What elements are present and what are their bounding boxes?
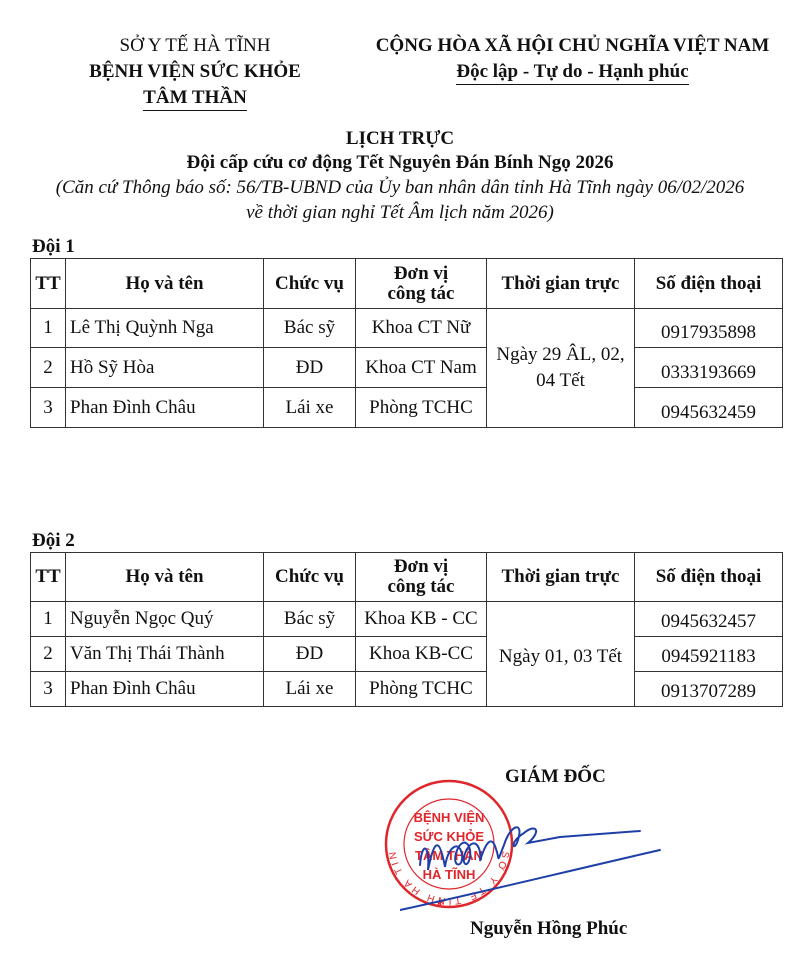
motto: Độc lập - Tự do - Hạnh phúc [456, 61, 688, 85]
cell-position: ĐD [264, 348, 356, 388]
signer-name: Nguyễn Hồng Phúc [470, 918, 627, 940]
header-name: Họ và tên [66, 553, 264, 602]
table-row: 1 Nguyễn Ngọc Quý Bác sỹ Khoa KB - CC Ng… [31, 602, 783, 637]
doc-subtitle: Đội cấp cứu cơ động Tết Nguyên Đán Bính … [0, 152, 800, 174]
cell-duty-time: Ngày 01, 03 Tết [487, 602, 635, 707]
agency-line-1: SỞ Y TẾ HÀ TĨNH [40, 35, 350, 57]
cell-position: Lái xe [264, 388, 356, 428]
cell-phone: 0917935898 [635, 309, 783, 348]
cell-phone: 0945921183 [635, 637, 783, 672]
cell-position: Bác sỹ [264, 309, 356, 348]
header-phone: Số điện thoại [635, 259, 783, 309]
basis-line-2: về thời gian nghỉ Tết Âm lịch năm 2026) [0, 202, 800, 224]
table-row: 2 Hồ Sỹ Hòa ĐD Khoa CT Nam 0333193669 [31, 348, 783, 388]
agency-line-3: TÂM THẦN [143, 87, 247, 111]
cell-position: Lái xe [264, 672, 356, 707]
team-1-table: TT Họ và tên Chức vụ Đơn vịcông tác Thời… [30, 258, 783, 428]
cell-tt: 2 [31, 348, 66, 388]
header-unit-line2: công tác [387, 283, 454, 304]
header-position: Chức vụ [264, 553, 356, 602]
cell-name: Phan Đình Châu [66, 672, 264, 707]
cell-name: Lê Thị Quỳnh Nga [66, 309, 264, 348]
table-row: 1 Lê Thị Quỳnh Nga Bác sỹ Khoa CT Nữ Ngà… [31, 309, 783, 348]
signer-role: GIÁM ĐỐC [505, 766, 606, 788]
table-header-row: TT Họ và tên Chức vụ Đơn vịcông tác Thời… [31, 259, 783, 309]
header-phone: Số điện thoại [635, 553, 783, 602]
cell-position: ĐD [264, 637, 356, 672]
basis-line-1: (Căn cứ Thông báo số: 56/TB-UBND của Ủy … [0, 177, 800, 199]
header-unit: Đơn vịcông tác [356, 553, 487, 602]
team-2-table: TT Họ và tên Chức vụ Đơn vịcông tác Thời… [30, 552, 783, 707]
header-position: Chức vụ [264, 259, 356, 309]
cell-phone: 0913707289 [635, 672, 783, 707]
cell-tt: 3 [31, 672, 66, 707]
table-row: 3 Phan Đình Châu Lái xe Phòng TCHC 09456… [31, 388, 783, 428]
cell-unit: Phòng TCHC [356, 388, 487, 428]
cell-tt: 1 [31, 309, 66, 348]
table-header-row: TT Họ và tên Chức vụ Đơn vịcông tác Thời… [31, 553, 783, 602]
header-unit-line1: Đơn vị [394, 263, 448, 284]
team-2-label: Đội 2 [32, 530, 75, 552]
header-name: Họ và tên [66, 259, 264, 309]
cell-tt: 3 [31, 388, 66, 428]
cell-tt: 2 [31, 637, 66, 672]
cell-phone: 0333193669 [635, 348, 783, 388]
cell-unit: Khoa KB-CC [356, 637, 487, 672]
cell-unit: Khoa CT Nữ [356, 309, 487, 348]
header-time: Thời gian trực [487, 259, 635, 309]
cell-duty-time: Ngày 29 ÂL, 02, 04 Tết [487, 309, 635, 428]
cell-name: Hồ Sỹ Hòa [66, 348, 264, 388]
motto-wrap: Độc lập - Tự do - Hạnh phúc [345, 61, 800, 85]
cell-unit: Phòng TCHC [356, 672, 487, 707]
table-row: 2 Văn Thị Thái Thành ĐD Khoa KB-CC 09459… [31, 637, 783, 672]
team-1-label: Đội 1 [32, 236, 75, 258]
cell-position: Bác sỹ [264, 602, 356, 637]
header-unit: Đơn vịcông tác [356, 259, 487, 309]
cell-phone: 0945632459 [635, 388, 783, 428]
cell-unit: Khoa KB - CC [356, 602, 487, 637]
header-unit-line2: công tác [387, 576, 454, 597]
table-row: 3 Phan Đình Châu Lái xe Phòng TCHC 09137… [31, 672, 783, 707]
handwritten-signature-icon [400, 795, 670, 915]
agency-line-2: BỆNH VIỆN SỨC KHỎE [40, 61, 350, 83]
header-time: Thời gian trực [487, 553, 635, 602]
header-unit-line1: Đơn vị [394, 556, 448, 577]
cell-phone: 0945632457 [635, 602, 783, 637]
cell-name: Nguyễn Ngọc Quý [66, 602, 264, 637]
cell-name: Văn Thị Thái Thành [66, 637, 264, 672]
doc-title: LỊCH TRỰC [0, 128, 800, 150]
cell-tt: 1 [31, 602, 66, 637]
cell-name: Phan Đình Châu [66, 388, 264, 428]
nation-title: CỘNG HÒA XÃ HỘI CHỦ NGHĨA VIỆT NAM [345, 35, 800, 57]
agency-line-3-wrap: TÂM THẦN [40, 87, 350, 111]
header-tt: TT [31, 553, 66, 602]
cell-unit: Khoa CT Nam [356, 348, 487, 388]
header-tt: TT [31, 259, 66, 309]
